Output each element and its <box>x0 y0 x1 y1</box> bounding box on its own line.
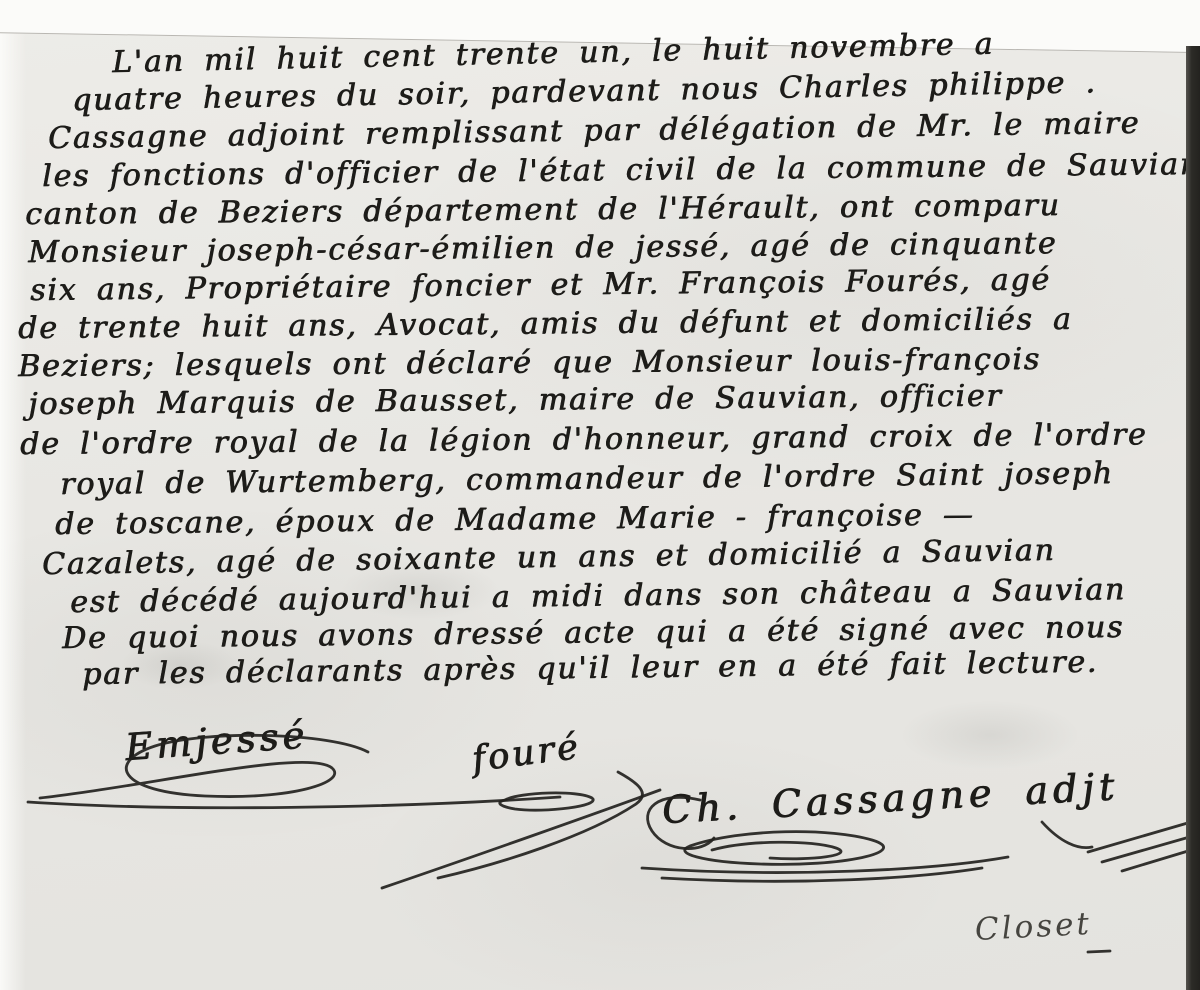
paper-smudge <box>900 700 1080 770</box>
manuscript-line: Beziers; lesquels ont déclaré que Monsie… <box>18 342 1041 384</box>
scan-left-light-edge <box>0 26 26 990</box>
annotation-closet: Closet <box>974 906 1093 948</box>
scan-right-dark-band <box>1186 46 1200 990</box>
